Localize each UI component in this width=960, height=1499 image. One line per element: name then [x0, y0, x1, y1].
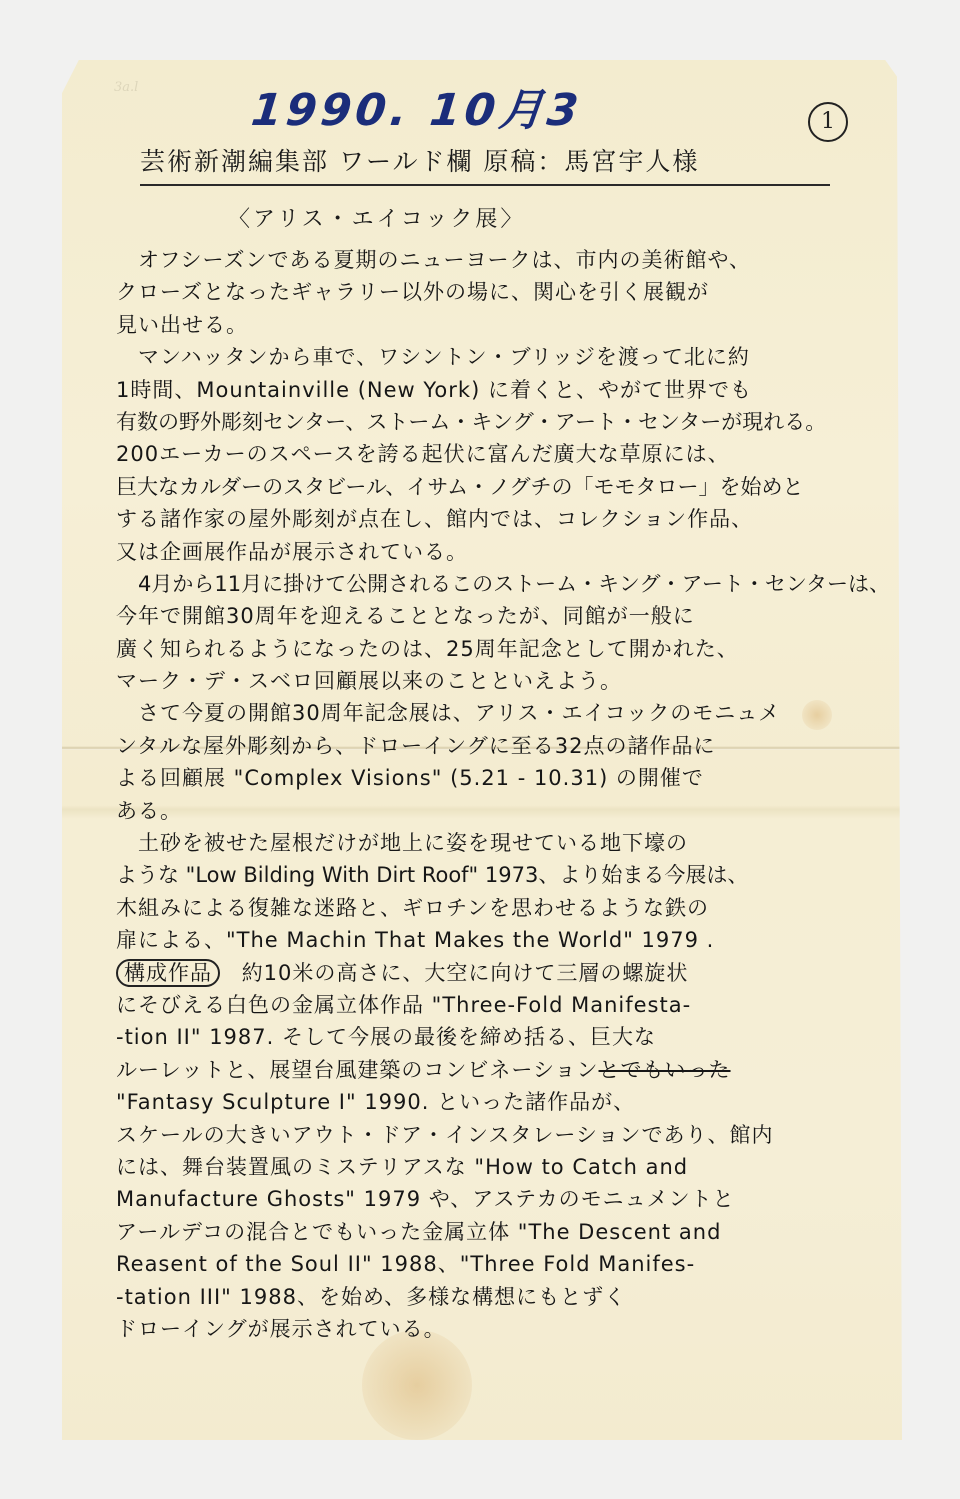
text-line: さて今夏の開館30周年記念展は、アリス・エイコックのモニュメ	[116, 697, 846, 729]
text-line: ような "Low Bilding With Dirt Roof" 1973、より…	[116, 859, 846, 891]
paper-stain	[362, 1330, 472, 1440]
text-line: 1時間、Mountainville (New York) に着くと、やがて世界で…	[116, 374, 846, 406]
pencil-mark: 3a.l	[114, 80, 138, 95]
text-line: よる回顧展 "Complex Visions" (5.21 - 10.31) の…	[116, 762, 846, 794]
text-line: アールデコの混合とでもいった金属立体 "The Descent and	[116, 1216, 846, 1248]
struck-text: とでもいった	[599, 1058, 731, 1082]
text-line: 4月から11月に掛けて公開されるこのストーム・キング・アート・センターは、	[116, 568, 846, 600]
text-line: 今年で開館30周年を迎えることとなったが、同館が一般に	[116, 600, 846, 632]
manuscript-page: 3a.l 1990. 10月3 1 芸術新潮編集部 ワールド欄 原稿：馬宮宇人様…	[62, 60, 902, 1440]
text-line: 土砂を被せた屋根だけが地上に姿を現せている地下壕の	[116, 827, 846, 859]
exhibition-title: 〈アリス・エイコック展〉	[228, 202, 525, 233]
text-line: オフシーズンである夏期のニューヨークは、市内の美術館や、	[116, 244, 846, 276]
text-line: 又は企画展作品が展示されている。	[116, 536, 846, 568]
page-number-circle: 1	[808, 102, 848, 142]
text-line: 約10米の高さに、大空に向けて三層の螺旋状	[242, 961, 689, 985]
text-line: マンハッタンから車で、ワシントン・ブリッジを渡って北に約	[116, 341, 846, 373]
text-line: Reasent of the Soul II" 1988、"Three Fold…	[116, 1248, 846, 1280]
text-line: 有数の野外彫刻センター、ストーム・キング・アート・センターが現れる。	[116, 406, 846, 438]
text-line: 200エーカーのスペースを誇る起伏に富んだ廣大な草原には、	[116, 438, 846, 470]
text-line: 扉による、"The Machin That Makes the World" 1…	[116, 924, 846, 956]
text-line: "Fantasy Sculpture I" 1990. といった諸作品が、	[116, 1086, 846, 1118]
text-line: には、舞台装置風のミステリアスな "How to Catch and	[116, 1151, 846, 1183]
text-line: 廣く知られるようになったのは、25周年記念として開かれた、	[116, 633, 846, 665]
text-line-with-strike: ルーレットと、展望台風建築のコンビネーションとでもいった	[116, 1054, 846, 1086]
text-line: 見い出せる。	[116, 309, 846, 341]
text-line: -tation III" 1988、を始め、多様な構想にもとずく	[116, 1281, 846, 1313]
text-line: クローズとなったギャラリー以外の場に、関心を引く展観が	[116, 276, 846, 308]
text-line: Manufacture Ghosts" 1979 や、アステカのモニュメントと	[116, 1183, 846, 1215]
text-line: にそびえる白色の金属立体作品 "Three-Fold Manifesta-	[116, 989, 846, 1021]
text-line: 巨大なカルダーのスタビール、イサム・ノグチの「モモタロー」を始めと	[116, 471, 846, 503]
text-line: スケールの大きいアウト・ドア・インスタレーションであり、館内	[116, 1119, 846, 1151]
text-line: -tion II" 1987. そして今展の最後を締め括る、巨大な	[116, 1021, 846, 1053]
text-line: マーク・デ・スベロ回顧展以来のことといえよう。	[116, 665, 846, 697]
manuscript-heading: 芸術新潮編集部 ワールド欄 原稿：馬宮宇人様	[140, 142, 830, 186]
text-line: ドローイングが展示されている。	[116, 1313, 846, 1345]
text-line: 木組みによる復雑な迷路と、ギロチンを思わせるような鉄の	[116, 892, 846, 924]
text-line: ある。	[116, 795, 846, 827]
text-line: する諸作家の屋外彫刻が点在し、館内では、コレクション作品、	[116, 503, 846, 535]
date-heading: 1990. 10月3	[249, 74, 586, 138]
text-line: ンタルな屋外彫刻から、ドローイングに至る32点の諸作品に	[116, 730, 846, 762]
text-line-with-note: 構成作品 約10米の高さに、大空に向けて三層の螺旋状	[116, 957, 846, 989]
manuscript-body: オフシーズンである夏期のニューヨークは、市内の美術館や、 クローズとなったギャラ…	[116, 244, 846, 1345]
circled-annotation: 構成作品	[116, 959, 220, 987]
text-line: ルーレットと、展望台風建築のコンビネーション	[116, 1058, 599, 1082]
